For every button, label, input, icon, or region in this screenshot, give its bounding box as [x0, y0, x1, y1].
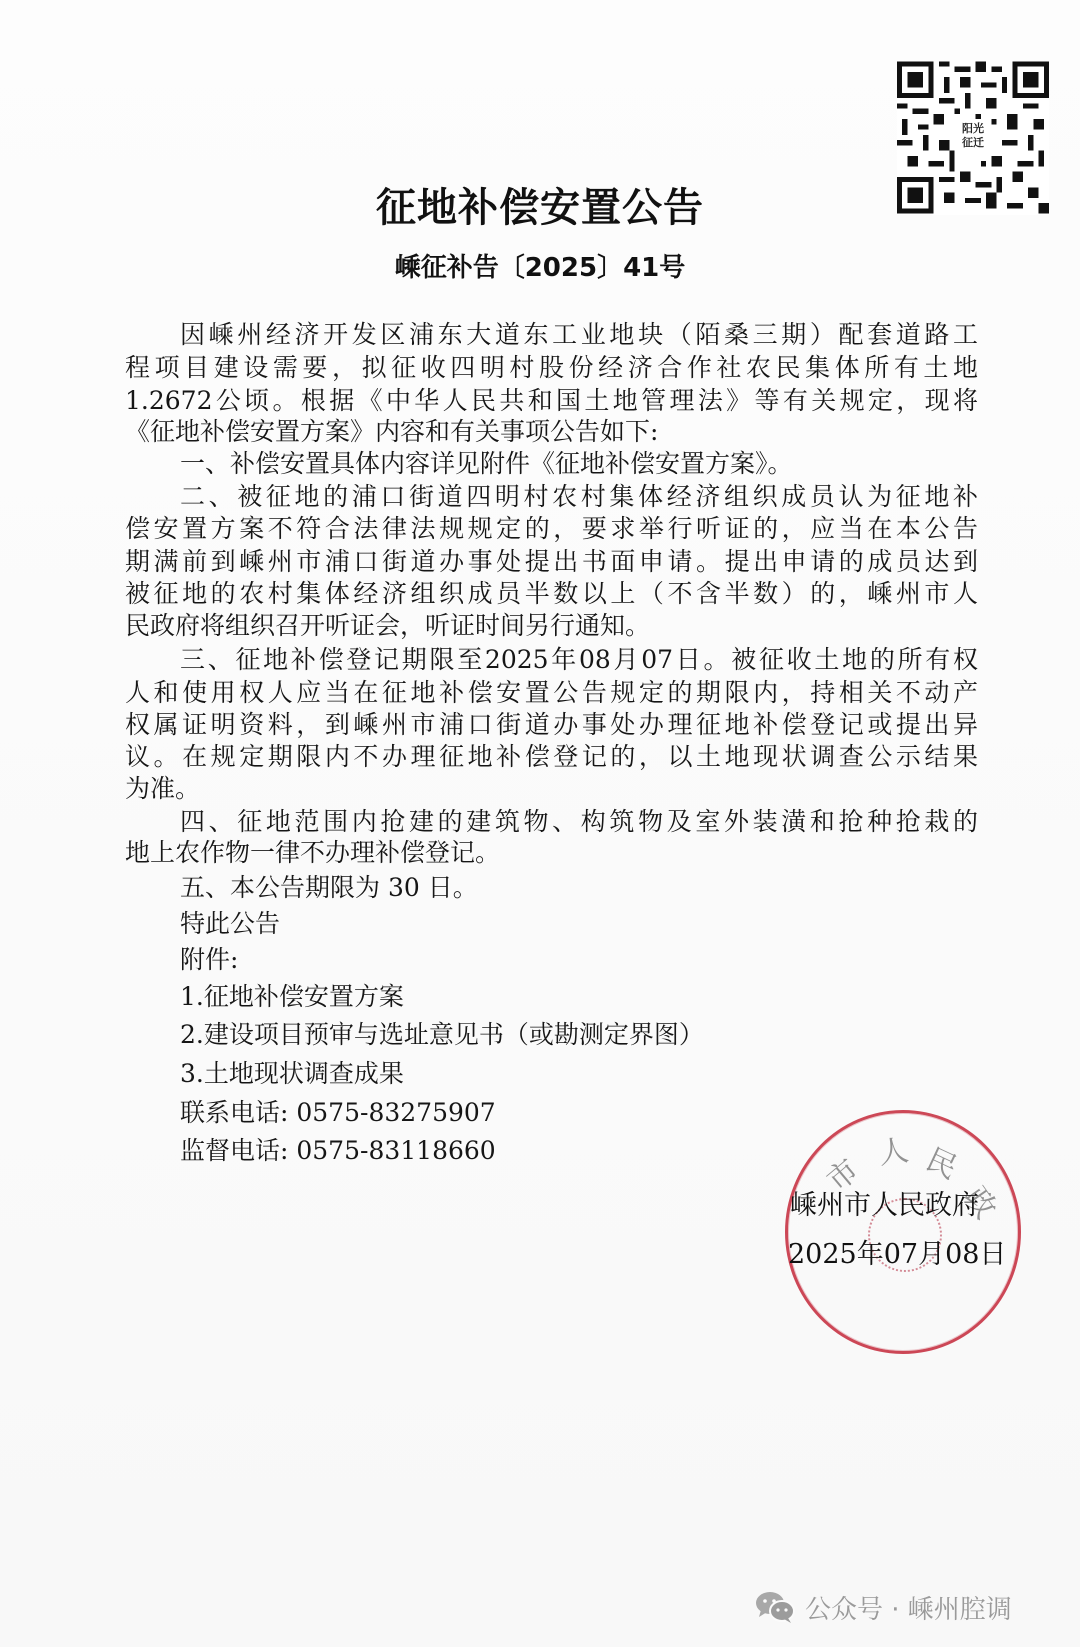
closing-text: 特此公告 — [180, 909, 978, 939]
body-line: 为准。 — [125, 774, 978, 804]
body-item-4: 四、征地范围内抢建的建筑物、构筑物及室外装潢和抢种抢栽的 — [180, 807, 978, 837]
body-line: 权属证明资料，到嵊州市浦口街道办事处办理征地补偿登记或提出异 — [125, 710, 978, 740]
body-line: 议。在规定期限内不办理征地补偿登记的，以土地现状调查公示结果 — [125, 742, 978, 772]
issue-date: 2025年07月08日 — [788, 1232, 1006, 1271]
page-title: 征地补偿安置公告 — [0, 176, 1080, 233]
body-line: 地上农作物一律不办理补偿登记。 — [125, 838, 978, 868]
seal-char: 人 — [875, 1125, 911, 1173]
attachment-item: 2.建设项目预审与选址意见书（或勘测定界图） — [180, 1020, 978, 1050]
body-item-3: 三、征地补偿登记期限至2025年08月07日。被征收土地的所有权 — [180, 645, 978, 675]
body-line: 被征地的农村集体经济组织成员半数以上（不含半数）的，嵊州市人 — [125, 579, 978, 609]
body-item-1: 一、补偿安置具体内容详见附件《征地补偿安置方案》。 — [180, 449, 978, 479]
attachments-heading: 附件: — [180, 945, 978, 975]
attachment-item: 3.土地现状调查成果 — [180, 1059, 978, 1089]
body-line: 1.2672公顷。根据《中华人民共和国土地管理法》等有关规定，现将 — [125, 386, 978, 416]
issuing-organization: 嵊州市人民政府 — [790, 1183, 979, 1222]
qr-label-line-2: 征迁 — [955, 136, 991, 150]
watermark-text: 公众号 · 嵊州腔调 — [805, 1589, 1012, 1626]
qr-center-label: 阳光 征迁 — [955, 122, 991, 152]
document-number: 嵊征补告〔2025〕41号 — [0, 247, 1080, 284]
body-line: 人和使用权人应当在征地补偿安置公告规定的期限内，持相关不动产 — [125, 678, 978, 708]
body-line: 因嵊州经济开发区浦东大道东工业地块（陌桑三期）配套道路工 — [180, 320, 978, 350]
qr-label-line-1: 阳光 — [955, 122, 991, 136]
attachment-item: 1.征地补偿安置方案 — [180, 982, 978, 1012]
body-line: 民政府将组织召开听证会，听证时间另行通知。 — [125, 611, 978, 641]
body-item-5: 五、本公告期限为 30 日。 — [180, 873, 978, 903]
body-line: 期满前到嵊州市浦口街道办事处提出书面申请。提出申请的成员达到 — [125, 547, 978, 577]
body-item-2: 二、被征地的浦口街道四明村农村集体经济组织成员认为征地补 — [180, 482, 978, 512]
seal-char: 民 — [920, 1135, 966, 1188]
watermark: 公众号 · 嵊州腔调 — [755, 1587, 1012, 1627]
wechat-icon — [755, 1590, 795, 1624]
body-line: 《征地补偿安置方案》内容和有关事项公告如下: — [125, 417, 978, 447]
body-line: 程项目建设需要，拟征收四明村股份经济合作社农民集体所有土地 — [125, 353, 978, 383]
body-line: 偿安置方案不符合法律法规规定的，要求举行听证的，应当在本公告 — [125, 514, 978, 544]
document-page: 阳光 征迁 征地补偿安置公告 嵊征补告〔2025〕41号 因嵊州经济开发区浦东大… — [0, 0, 1080, 1647]
